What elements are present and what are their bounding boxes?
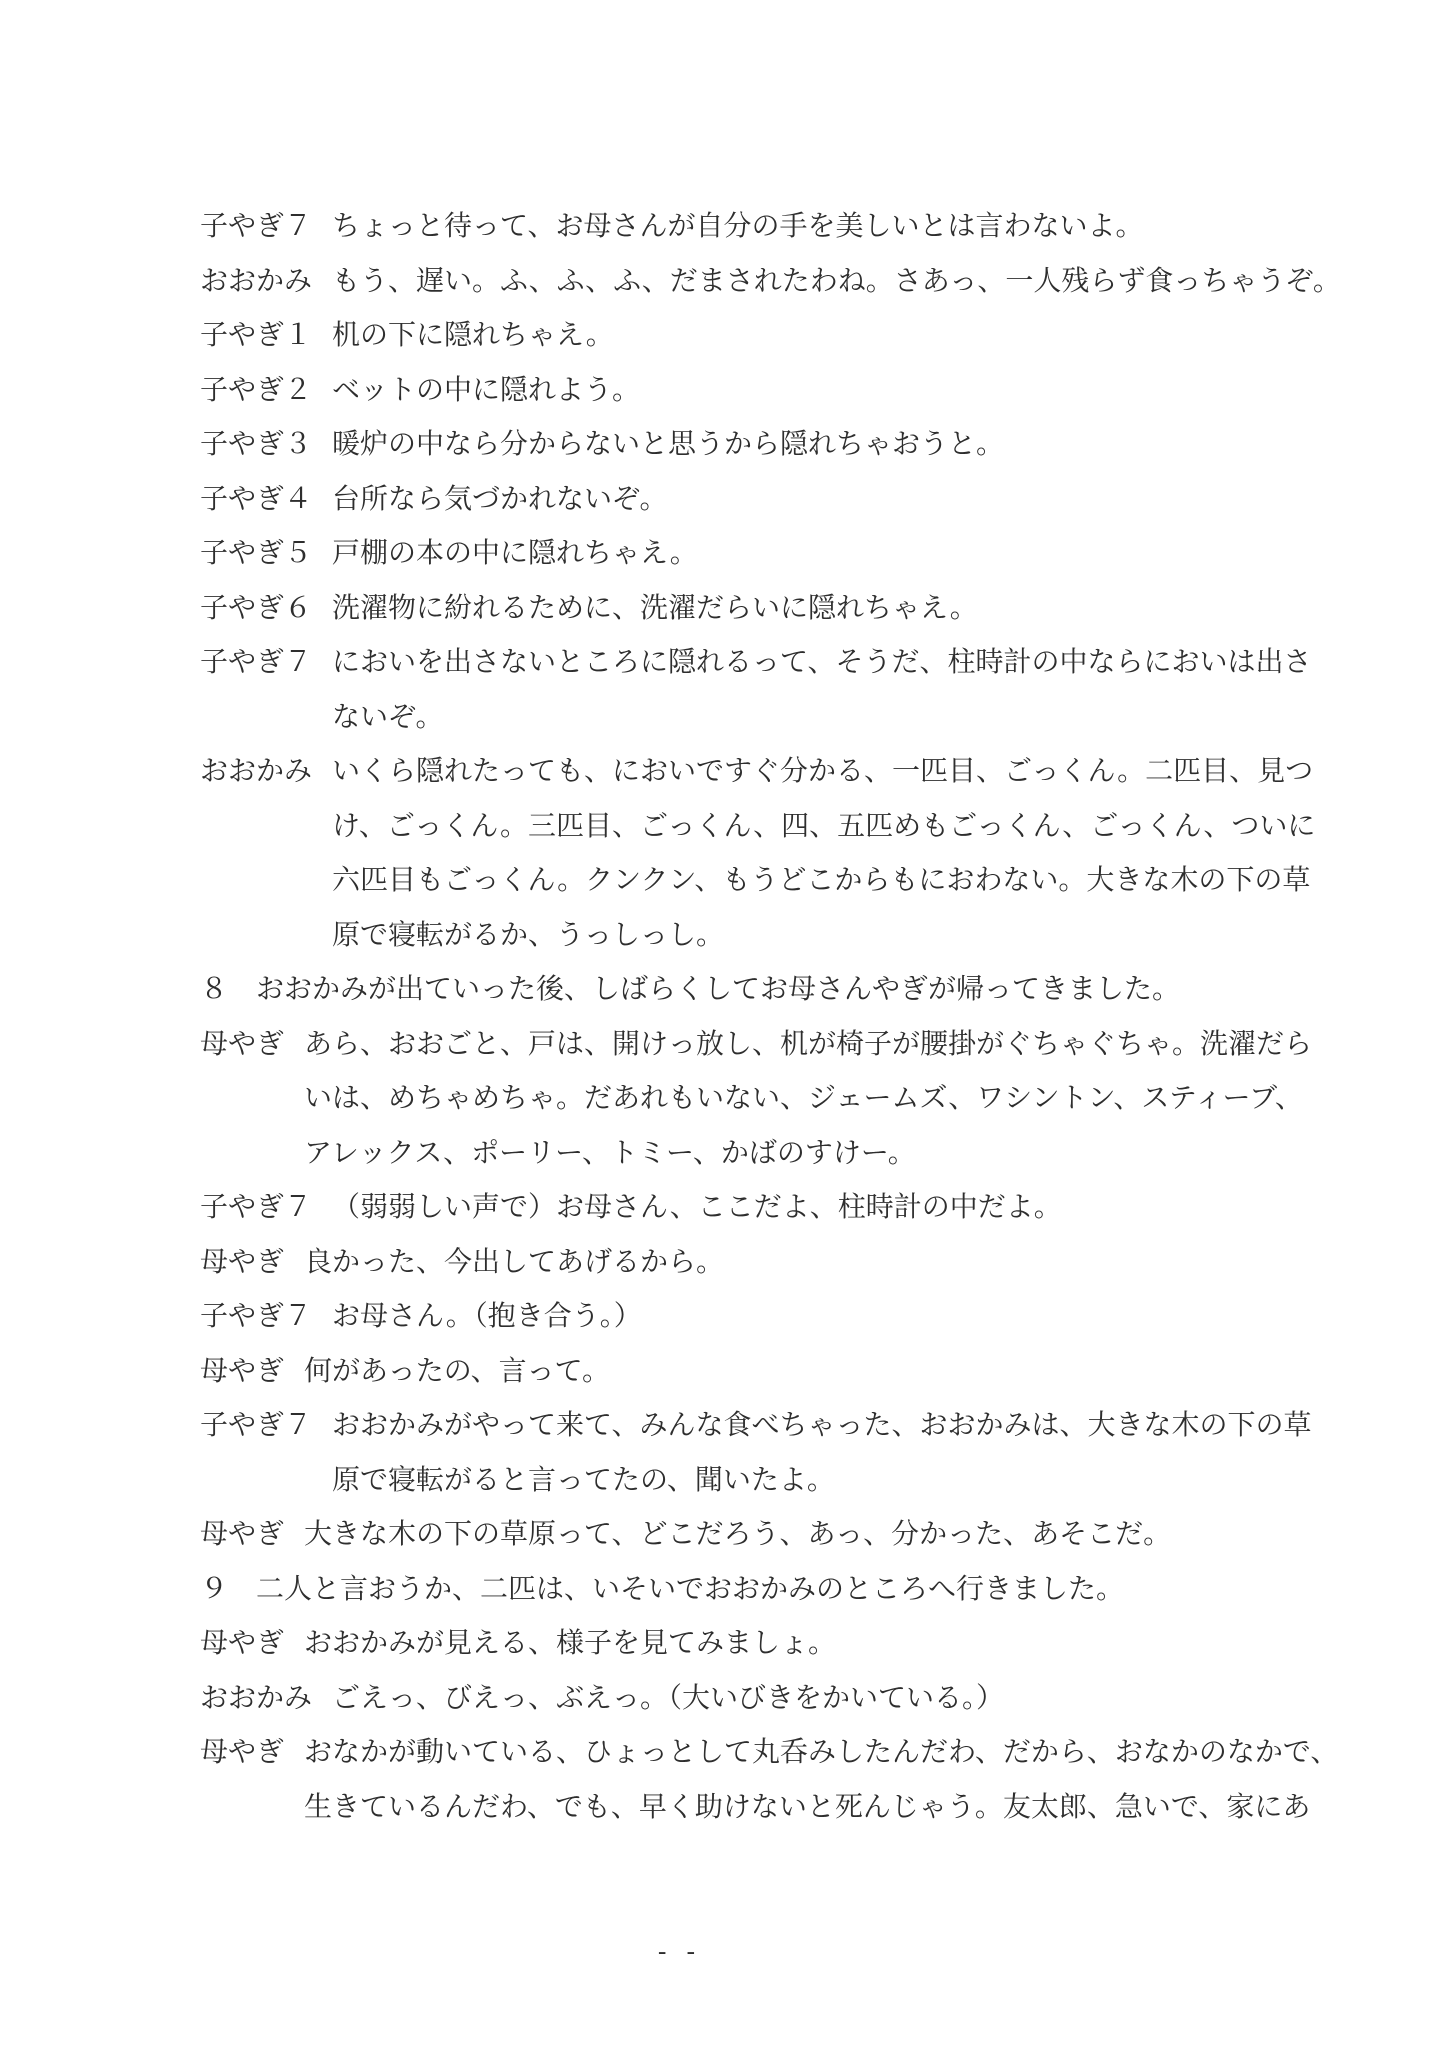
dialogue-line: 母やぎおおかみが見える、様子を見てみましょ。 xyxy=(200,1617,1368,1672)
dialogue-line: 母やぎ良かった、今出してあげるから。 xyxy=(200,1236,1368,1291)
line-text: 大きな木の下の草原って、どこだろう、あっ、分かった、あそこだ。 xyxy=(304,1519,1171,1550)
dialogue-line: 母やぎ大きな木の下の草原って、どこだろう、あっ、分かった、あそこだ。 xyxy=(200,1508,1368,1563)
dialogue-line: 母やぎおなかが動いている、ひょっとして丸呑みしたんだわ、だから、おなかのなかで、 xyxy=(200,1726,1368,1781)
dialogue-line: 子やぎ７おおかみがやって来て、みんな食べちゃった、おおかみは、大きな木の下の草 xyxy=(200,1399,1368,1454)
dialogue-line: 子やぎ５戸棚の本の中に隠れちゃえ。 xyxy=(200,527,1368,582)
dialogue-line: 子やぎ７（弱弱しい声で）お母さん、ここだよ、柱時計の中だよ。 xyxy=(200,1181,1368,1236)
speaker-label: 子やぎ４ xyxy=(200,484,312,515)
dialogue-line: 母やぎ何があったの、言って。 xyxy=(200,1345,1368,1400)
dialogue-line: 母やぎあら、おおごと、戸は、開けっ放し、机が椅子が腰掛がぐちゃぐちゃ。洗濯だら xyxy=(200,1018,1368,1073)
speaker-label: 母やぎ xyxy=(200,1519,284,1550)
speaker-label: 子やぎ２ xyxy=(200,375,312,406)
line-text: 戸棚の本の中に隠れちゃえ。 xyxy=(332,538,698,569)
line-text: お母さん。（抱き合う。） xyxy=(332,1301,642,1332)
speaker-label: 母やぎ xyxy=(200,1029,284,1060)
script-body: 子やぎ７ちょっと待って、お母さんが自分の手を美しいとは言わないよ。おおかみもう、… xyxy=(200,200,1368,1835)
line-text: 原で寝転がるか、うっしっし。 xyxy=(332,920,724,951)
continuation-line: ないぞ。 xyxy=(200,691,1368,746)
dialogue-line: おおかみいくら隠れたっても、においですぐ分かる、一匹目、ごっくん。二匹目、見つ xyxy=(200,745,1368,800)
line-text: ごえっ、びえっ、ぶえっ。（大いびきをかいている。） xyxy=(332,1683,1004,1714)
continuation-line: 原で寝転がると言ってたの、聞いたよ。 xyxy=(200,1454,1368,1509)
speaker-label: 子やぎ６ xyxy=(200,593,312,624)
speaker-label: 子やぎ７ xyxy=(200,1410,312,1441)
dialogue-line: 子やぎ７ちょっと待って、お母さんが自分の手を美しいとは言わないよ。 xyxy=(200,200,1368,255)
line-text: いは、めちゃめちゃ。だあれもいない、ジェームズ、ワシントン、スティーブ、 xyxy=(304,1083,1303,1114)
section-number: ９ xyxy=(200,1574,228,1605)
dialogue-line: 子やぎ２ベットの中に隠れよう。 xyxy=(200,364,1368,419)
line-text: おおかみが見える、様子を見てみましょ。 xyxy=(304,1628,836,1659)
line-text: ベットの中に隠れよう。 xyxy=(332,375,640,406)
line-text: アレックス、ポーリー、トミー、かばのすけー。 xyxy=(304,1138,916,1169)
line-text: おおかみがやって来て、みんな食べちゃった、おおかみは、大きな木の下の草 xyxy=(332,1410,1311,1441)
line-text: け、ごっくん。三匹目、ごっくん、四、五匹めもごっくん、ごっくん、ついに xyxy=(332,811,1315,842)
speaker-label: 母やぎ xyxy=(200,1628,284,1659)
continuation-line: 生きているんだわ、でも、早く助けないと死んじゃう。友太郎、急いで、家にあ xyxy=(200,1781,1368,1836)
speaker-label: おおかみ xyxy=(200,266,312,297)
speaker-label: 子やぎ３ xyxy=(200,429,312,460)
speaker-label: 子やぎ５ xyxy=(200,538,312,569)
speaker-label: 母やぎ xyxy=(200,1247,284,1278)
line-text: 生きているんだわ、でも、早く助けないと死んじゃう。友太郎、急いで、家にあ xyxy=(304,1792,1310,1823)
section-number: ８ xyxy=(200,974,228,1005)
dialogue-line: おおかみもう、遅い。ふ、ふ、ふ、だまされたわね。さあっ、一人残らず食っちゃうぞ。 xyxy=(200,255,1368,310)
line-text: ちょっと待って、お母さんが自分の手を美しいとは言わないよ。 xyxy=(332,211,1143,242)
line-text: おおかみが出ていった後、しばらくしてお母さんやぎが帰ってきました。 xyxy=(256,974,1180,1005)
line-text: 原で寝転がると言ってたの、聞いたよ。 xyxy=(332,1465,835,1496)
line-text: （弱弱しい声で）お母さん、ここだよ、柱時計の中だよ。 xyxy=(332,1192,1062,1223)
speaker-label: 子やぎ１ xyxy=(200,320,312,351)
line-text: 机の下に隠れちゃえ。 xyxy=(332,320,614,351)
line-text: 台所なら気づかれないぞ。 xyxy=(332,484,667,515)
speaker-label: 子やぎ７ xyxy=(200,647,312,678)
continuation-line: 原で寝転がるか、うっしっし。 xyxy=(200,909,1368,964)
dialogue-line: 子やぎ１机の下に隠れちゃえ。 xyxy=(200,309,1368,364)
dialogue-line: 子やぎ４台所なら気づかれないぞ。 xyxy=(200,473,1368,528)
line-text: ないぞ。 xyxy=(332,702,443,733)
line-text: 二人と言おうか、二匹は、いそいでおおかみのところへ行きました。 xyxy=(256,1574,1124,1605)
continuation-line: アレックス、ポーリー、トミー、かばのすけー。 xyxy=(200,1127,1368,1182)
line-text: 何があったの、言って。 xyxy=(304,1356,610,1387)
line-text: もう、遅い。ふ、ふ、ふ、だまされたわね。さあっ、一人残らず食っちゃうぞ。 xyxy=(332,266,1341,297)
line-text: 洗濯物に紛れるために、洗濯だらいに隠れちゃえ。 xyxy=(332,593,978,624)
speaker-label: 母やぎ xyxy=(200,1356,284,1387)
speaker-label: おおかみ xyxy=(200,756,312,787)
page-number: - - xyxy=(0,1932,1360,1972)
line-text: 良かった、今出してあげるから。 xyxy=(304,1247,724,1278)
speaker-label: 子やぎ７ xyxy=(200,1192,312,1223)
speaker-label: 子やぎ７ xyxy=(200,1301,312,1332)
speaker-label: おおかみ xyxy=(200,1683,312,1714)
line-text: 暖炉の中なら分からないと思うから隠れちゃおうと。 xyxy=(332,429,1004,460)
line-text: あら、おおごと、戸は、開けっ放し、机が椅子が腰掛がぐちゃぐちゃ。洗濯だら xyxy=(304,1029,1312,1060)
speaker-label: 子やぎ７ xyxy=(200,211,312,242)
continuation-line: いは、めちゃめちゃ。だあれもいない、ジェームズ、ワシントン、スティーブ、 xyxy=(200,1072,1368,1127)
dialogue-line: おおかみごえっ、びえっ、ぶえっ。（大いびきをかいている。） xyxy=(200,1672,1368,1727)
narration-line: ８おおかみが出ていった後、しばらくしてお母さんやぎが帰ってきました。 xyxy=(200,963,1368,1018)
speaker-label: 母やぎ xyxy=(200,1737,284,1768)
script-page: 子やぎ７ちょっと待って、お母さんが自分の手を美しいとは言わないよ。おおかみもう、… xyxy=(0,0,1448,2048)
dialogue-line: 子やぎ６洗濯物に紛れるために、洗濯だらいに隠れちゃえ。 xyxy=(200,582,1368,637)
narration-line: ９二人と言おうか、二匹は、いそいでおおかみのところへ行きました。 xyxy=(200,1563,1368,1618)
dialogue-line: 子やぎ３暖炉の中なら分からないと思うから隠れちゃおうと。 xyxy=(200,418,1368,473)
line-text: においを出さないところに隠れるって、そうだ、柱時計の中ならにおいは出さ xyxy=(332,647,1311,678)
continuation-line: け、ごっくん。三匹目、ごっくん、四、五匹めもごっくん、ごっくん、ついに xyxy=(200,800,1368,855)
continuation-line: 六匹目もごっくん。クンクン、もうどこからもにおわない。大きな木の下の草 xyxy=(200,854,1368,909)
dialogue-line: 子やぎ７においを出さないところに隠れるって、そうだ、柱時計の中ならにおいは出さ xyxy=(200,636,1368,691)
line-text: いくら隠れたっても、においですぐ分かる、一匹目、ごっくん。二匹目、見つ xyxy=(332,756,1313,787)
dialogue-line: 子やぎ７お母さん。（抱き合う。） xyxy=(200,1290,1368,1345)
line-text: 六匹目もごっくん。クンクン、もうどこからもにおわない。大きな木の下の草 xyxy=(332,865,1310,896)
line-text: おなかが動いている、ひょっとして丸呑みしたんだわ、だから、おなかのなかで、 xyxy=(304,1737,1338,1768)
